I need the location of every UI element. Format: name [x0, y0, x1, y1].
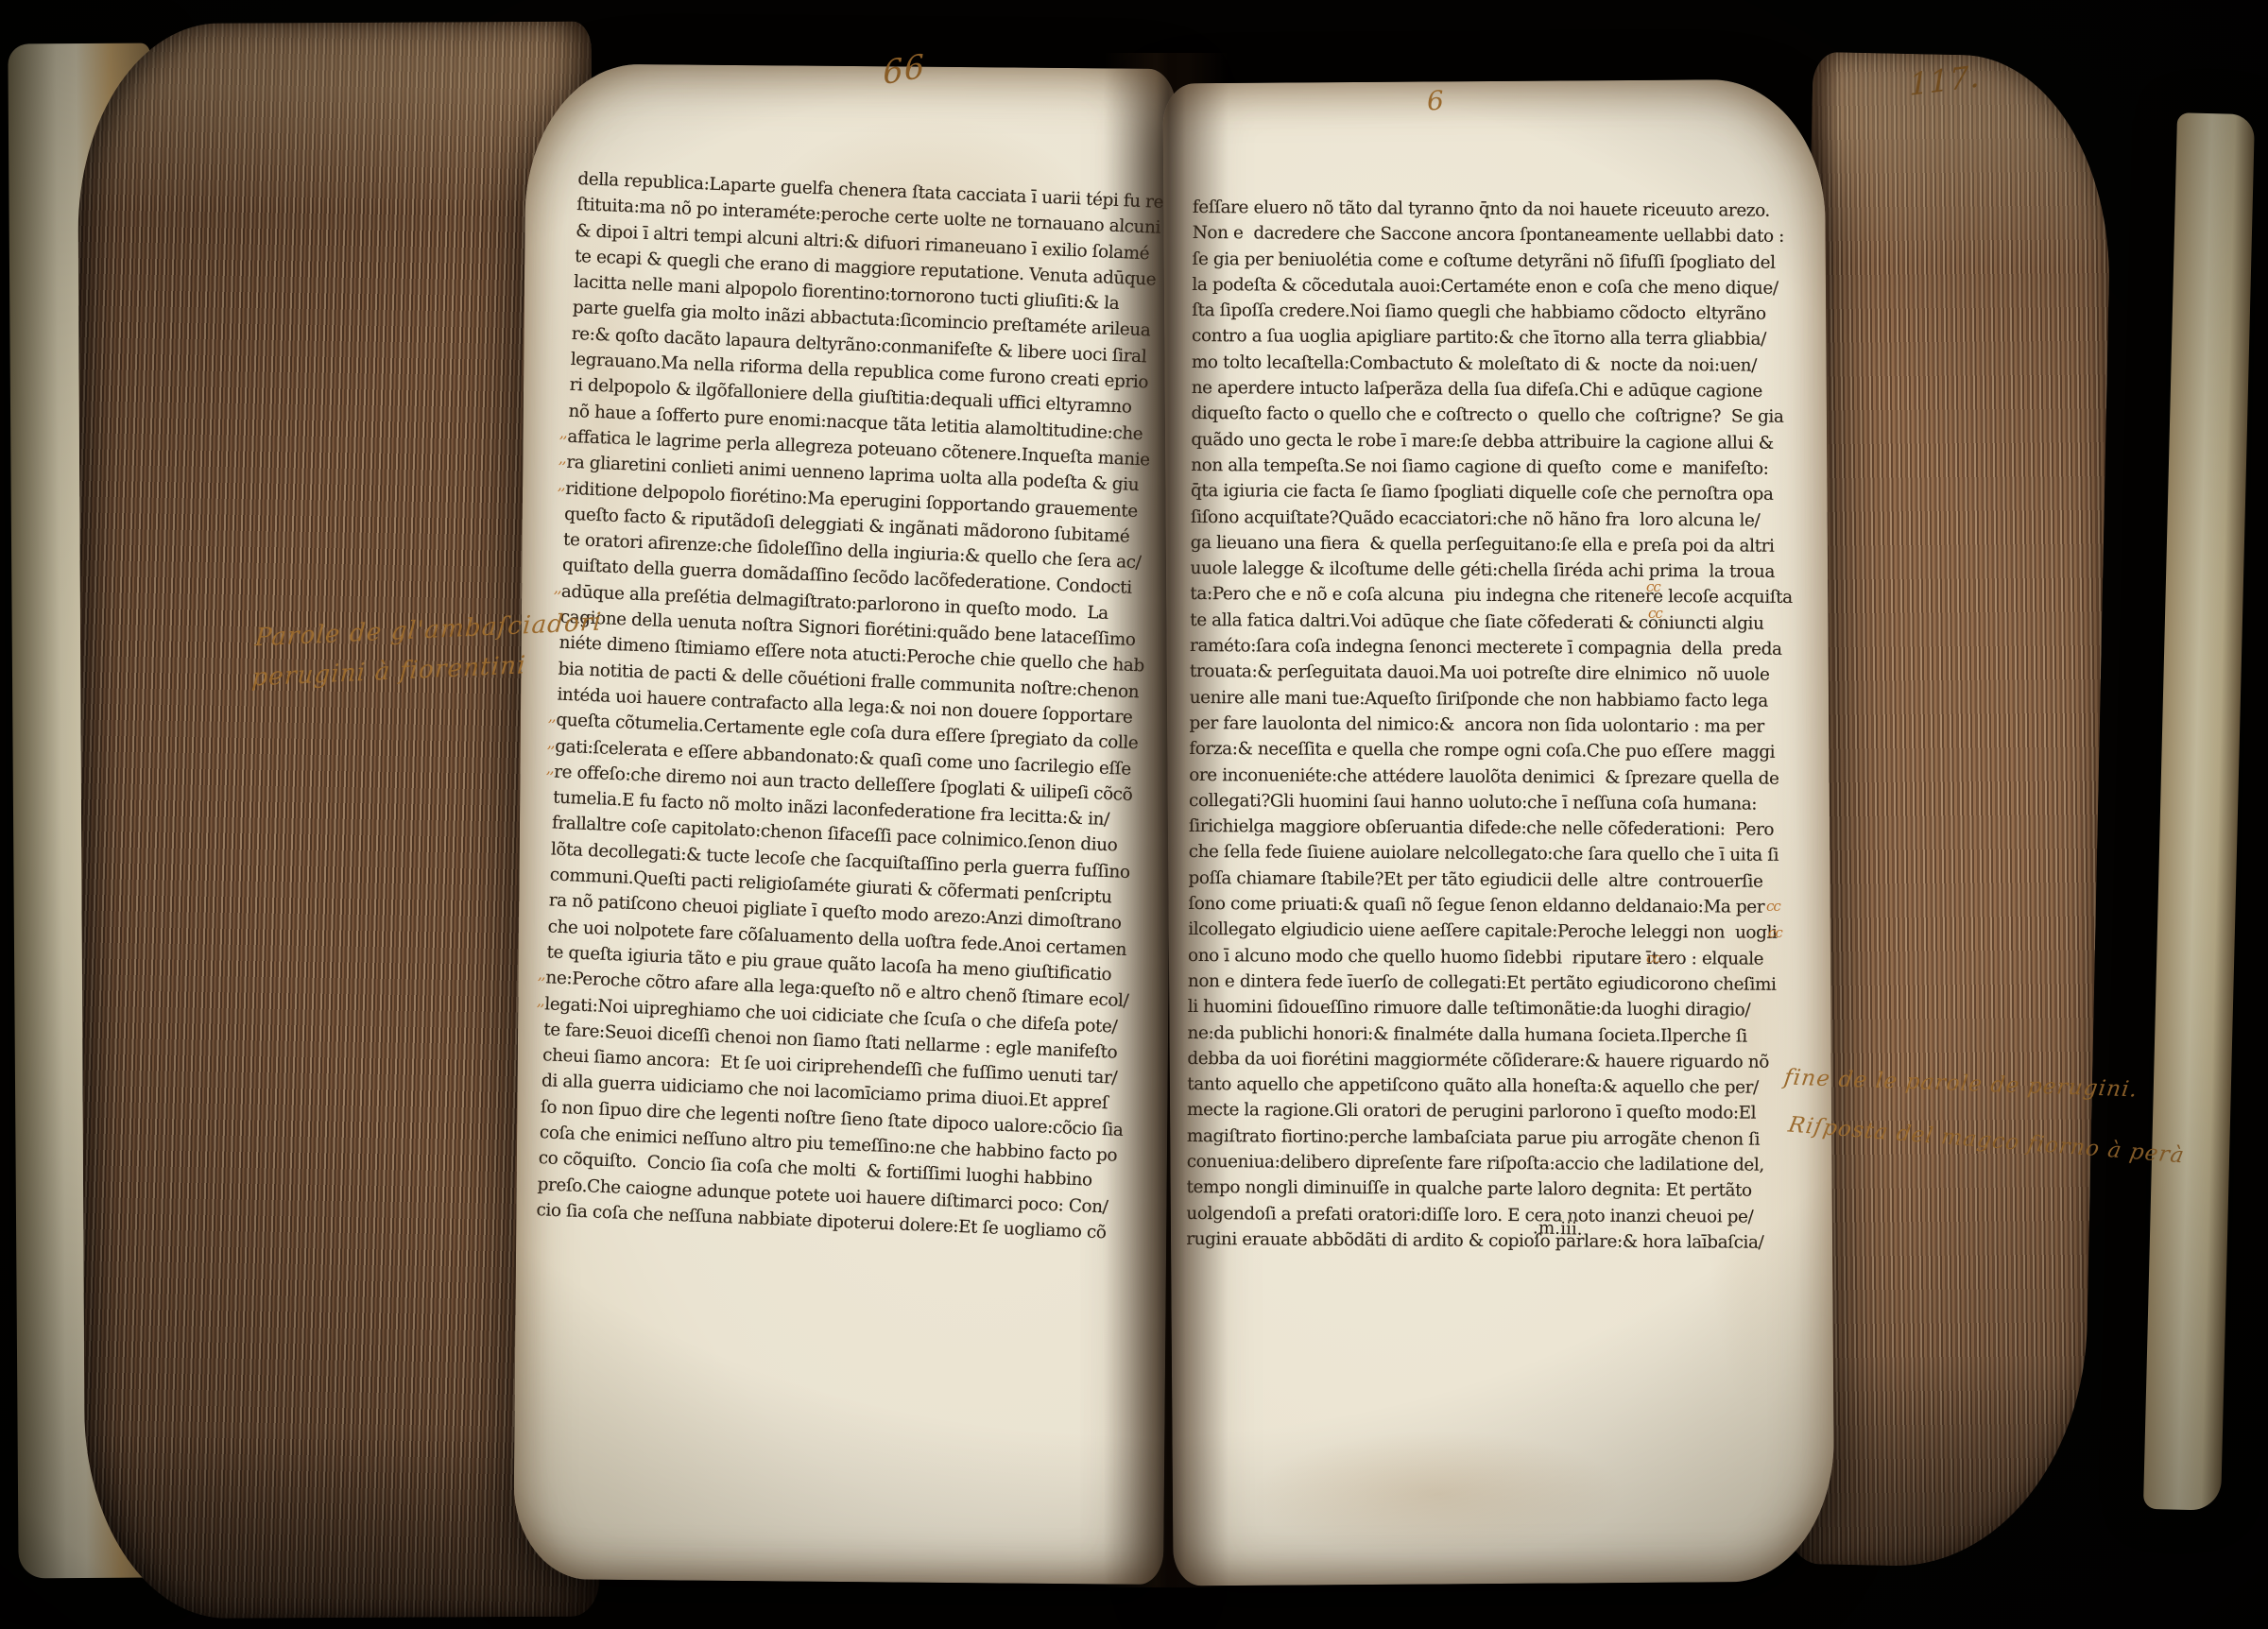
- photo-stage: della republica:Laparte guelfa chenera ſ…: [0, 0, 2268, 1629]
- right-quire-number: 6: [1426, 85, 1446, 117]
- margin-quote-mark: cc: [1646, 578, 1660, 595]
- margin-quote-mark: ,,: [558, 450, 566, 467]
- margin-quote-mark: cc: [1646, 950, 1660, 967]
- margin-quote-mark: ,,: [558, 476, 565, 493]
- margin-quote-mark: ,,: [547, 734, 555, 751]
- margin-quote-mark: cc: [1768, 924, 1782, 941]
- margin-quote-mark: cc: [1648, 605, 1662, 622]
- left-margin-handwritten-note: Parole de gl'ambaſciadori perugini à fio…: [250, 602, 604, 697]
- vellum-cover-right: [2143, 112, 2255, 1511]
- signature-mark: .m.iii.: [1533, 1218, 1583, 1239]
- right-page-printed-text: feſſare eluero nõ tãto dal tyranno q̄nto…: [1186, 195, 1816, 1256]
- left-page-printed-text: della republica:Laparte guelfa chenera ſ…: [536, 166, 1192, 1247]
- margin-quote-mark: ,,: [537, 992, 544, 1009]
- margin-quote-mark: ,,: [554, 579, 561, 596]
- margin-quote-mark: cc: [1766, 898, 1780, 915]
- left-folio-number: 66: [883, 47, 926, 93]
- margin-quote-mark: ,,: [548, 708, 556, 725]
- margin-quote-mark: ,,: [546, 760, 554, 777]
- margin-quote-mark: ,,: [559, 424, 567, 441]
- margin-quote-mark: ,,: [538, 966, 545, 983]
